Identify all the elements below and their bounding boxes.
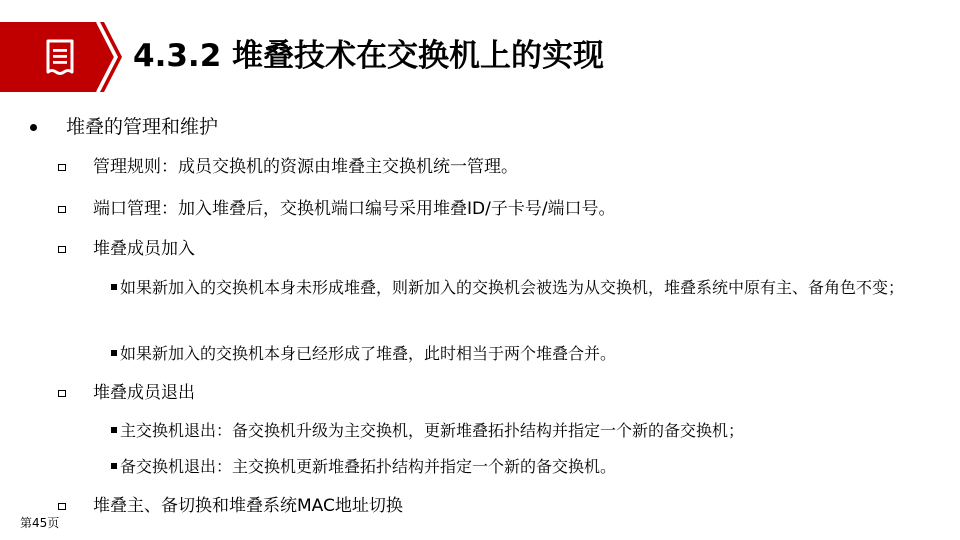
square-filled-bullet-icon bbox=[111, 463, 117, 469]
bullet-text: 备交换机退出：主交换机更新堆叠拓扑结构并指定一个新的备交换机。 bbox=[120, 450, 920, 484]
bullet-text: 如果新加入的交换机本身未形成堆叠，则新加入的交换机会被选为从交换机，堆叠系统中原… bbox=[120, 271, 920, 305]
page-title: 4.3.2 堆叠技术在交换机上的实现 bbox=[133, 34, 604, 78]
bullet-l3: 备交换机退出：主交换机更新堆叠拓扑结构并指定一个新的备交换机。 bbox=[90, 450, 920, 484]
bullet-text: 如果新加入的交换机本身已经形成了堆叠，此时相当于两个堆叠合并。 bbox=[120, 337, 920, 371]
bullet-text: 堆叠的管理和维护 bbox=[66, 114, 218, 140]
square-outline-bullet-icon bbox=[58, 206, 66, 213]
square-outline-bullet-icon bbox=[58, 246, 66, 253]
bullet-l3: 主交换机退出：备交换机升级为主交换机，更新堆叠拓扑结构并指定一个新的备交换机； bbox=[90, 414, 920, 448]
page-number: 第45页 bbox=[20, 514, 59, 531]
bullet-text: 管理规则：成员交换机的资源由堆叠主交换机统一管理。 bbox=[93, 155, 518, 179]
bullet-text: 堆叠成员退出 bbox=[93, 381, 195, 405]
bullet-l3: 如果新加入的交换机本身未形成堆叠，则新加入的交换机会被选为从交换机，堆叠系统中原… bbox=[100, 271, 920, 305]
square-filled-bullet-icon bbox=[111, 284, 117, 290]
document-receipt-icon bbox=[44, 38, 76, 78]
square-outline-bullet-icon bbox=[58, 390, 66, 397]
square-outline-bullet-icon bbox=[58, 164, 66, 171]
square-filled-bullet-icon bbox=[111, 427, 117, 433]
round-bullet-icon bbox=[30, 124, 37, 131]
square-filled-bullet-icon bbox=[111, 350, 117, 356]
square-outline-bullet-icon bbox=[58, 503, 66, 510]
bullet-text: 堆叠主、备切换和堆叠系统MAC地址切换 bbox=[93, 494, 403, 518]
bullet-text: 主交换机退出：备交换机升级为主交换机，更新堆叠拓扑结构并指定一个新的备交换机； bbox=[120, 414, 920, 448]
bullet-text: 端口管理：加入堆叠后，交换机端口编号采用堆叠ID/子卡号/端口号。 bbox=[93, 197, 616, 221]
bullet-l3: 如果新加入的交换机本身已经形成了堆叠，此时相当于两个堆叠合并。 bbox=[90, 337, 920, 371]
bullet-text: 堆叠成员加入 bbox=[93, 237, 195, 261]
